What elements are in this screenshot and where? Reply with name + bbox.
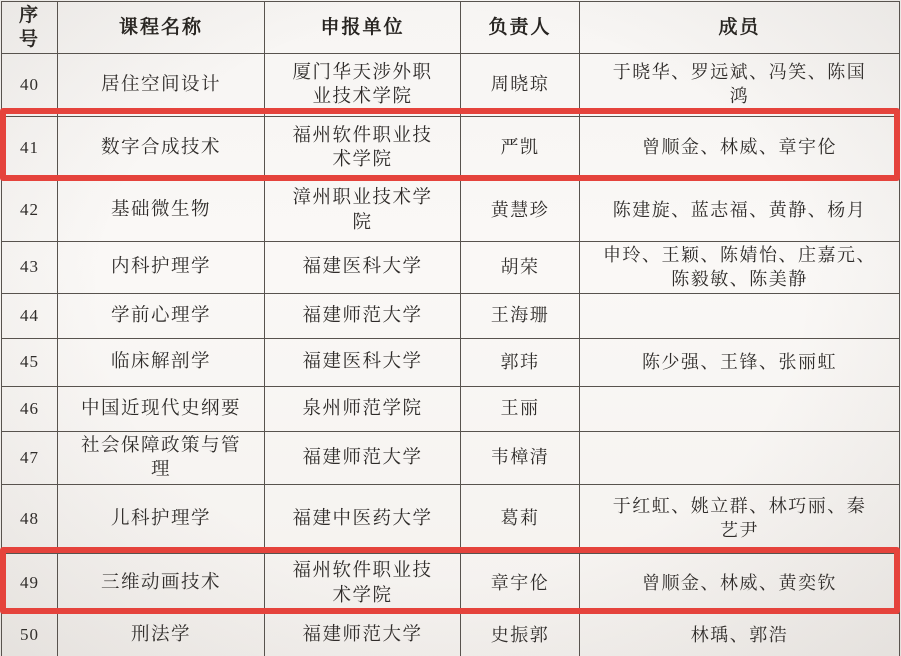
course-name-cell: 居住空间设计 xyxy=(58,54,265,117)
table-row: 48 儿科护理学 福建中医药大学 葛莉 于红虹、姚立群、林巧丽、秦 艺尹 xyxy=(2,485,900,554)
row-id-cell: 46 xyxy=(2,387,58,432)
members-cell: 于晓华、罗远斌、冯笑、陈国 鸿 xyxy=(580,54,900,117)
table-row: 50 刑法学 福建师范大学 史振郭 林瑀、郭浩 xyxy=(2,614,900,656)
applicant-unit-cell: 福建师范大学 xyxy=(265,432,461,485)
row-id-cell: 40 xyxy=(2,54,58,117)
course-name-cell: 三维动画技术 xyxy=(58,554,265,614)
members-cell xyxy=(580,387,900,432)
course-name-cell: 儿科护理学 xyxy=(58,485,265,554)
course-name-cell: 数字合成技术 xyxy=(58,117,265,180)
leader-cell: 胡荣 xyxy=(461,242,580,294)
members-cell xyxy=(580,294,900,339)
table-row: 47 社会保障政策与管 理 福建师范大学 韦樟清 xyxy=(2,432,900,485)
members-cell xyxy=(580,432,900,485)
row-id-cell: 42 xyxy=(2,180,58,242)
members-cell: 申玲、王颖、陈婧怡、庄嘉元、 陈毅敏、陈美静 xyxy=(580,242,900,294)
header-leader: 负责人 xyxy=(461,2,580,54)
course-name-cell: 学前心理学 xyxy=(58,294,265,339)
members-cell: 曾顺金、林威、章宇伦 xyxy=(580,117,900,180)
row-id-cell: 50 xyxy=(2,614,58,656)
course-table: 序 号 课程名称 申报单位 负责人 成员 40 居住空间设计 厦门华天涉外职 业… xyxy=(1,1,900,656)
applicant-unit-cell: 福建师范大学 xyxy=(265,294,461,339)
page-container: 序 号 课程名称 申报单位 负责人 成员 40 居住空间设计 厦门华天涉外职 业… xyxy=(0,0,901,656)
row-id-cell: 47 xyxy=(2,432,58,485)
applicant-unit-cell: 福州软件职业技 术学院 xyxy=(265,554,461,614)
leader-cell: 周晓琼 xyxy=(461,54,580,117)
header-applicant-unit: 申报单位 xyxy=(265,2,461,54)
applicant-unit-cell: 福建中医药大学 xyxy=(265,485,461,554)
row-id-cell: 43 xyxy=(2,242,58,294)
row-id-cell: 48 xyxy=(2,485,58,554)
leader-cell: 郭玮 xyxy=(461,339,580,387)
table-row: 42 基础微生物 漳州职业技术学 院 黄慧珍 陈建旋、蓝志福、黄静、杨月 xyxy=(2,180,900,242)
members-cell: 曾顺金、林威、黄奕钦 xyxy=(580,554,900,614)
table-row: 46 中国近现代史纲要 泉州师范学院 王丽 xyxy=(2,387,900,432)
leader-cell: 葛莉 xyxy=(461,485,580,554)
applicant-unit-cell: 漳州职业技术学 院 xyxy=(265,180,461,242)
row-id-cell: 41 xyxy=(2,117,58,180)
course-name-cell: 刑法学 xyxy=(58,614,265,656)
course-name-cell: 临床解剖学 xyxy=(58,339,265,387)
row-id-cell: 45 xyxy=(2,339,58,387)
members-cell: 陈少强、王锋、张丽虹 xyxy=(580,339,900,387)
table-header-row: 序 号 课程名称 申报单位 负责人 成员 xyxy=(2,2,900,54)
course-name-cell: 中国近现代史纲要 xyxy=(58,387,265,432)
table-row: 43 内科护理学 福建医科大学 胡荣 申玲、王颖、陈婧怡、庄嘉元、 陈毅敏、陈美… xyxy=(2,242,900,294)
header-serial-number: 序 号 xyxy=(2,2,58,54)
applicant-unit-cell: 福州软件职业技 术学院 xyxy=(265,117,461,180)
leader-cell: 黄慧珍 xyxy=(461,180,580,242)
members-cell: 于红虹、姚立群、林巧丽、秦 艺尹 xyxy=(580,485,900,554)
table-row: 40 居住空间设计 厦门华天涉外职 业技术学院 周晓琼 于晓华、罗远斌、冯笑、陈… xyxy=(2,54,900,117)
leader-cell: 章宇伦 xyxy=(461,554,580,614)
applicant-unit-cell: 泉州师范学院 xyxy=(265,387,461,432)
leader-cell: 韦樟清 xyxy=(461,432,580,485)
table-row: 44 学前心理学 福建师范大学 王海珊 xyxy=(2,294,900,339)
course-name-cell: 内科护理学 xyxy=(58,242,265,294)
leader-cell: 王丽 xyxy=(461,387,580,432)
course-name-cell: 社会保障政策与管 理 xyxy=(58,432,265,485)
applicant-unit-cell: 福建医科大学 xyxy=(265,339,461,387)
applicant-unit-cell: 福建师范大学 xyxy=(265,614,461,656)
course-name-cell: 基础微生物 xyxy=(58,180,265,242)
row-id-cell: 49 xyxy=(2,554,58,614)
header-members: 成员 xyxy=(580,2,900,54)
row-id-cell: 44 xyxy=(2,294,58,339)
leader-cell: 严凯 xyxy=(461,117,580,180)
members-cell: 林瑀、郭浩 xyxy=(580,614,900,656)
leader-cell: 王海珊 xyxy=(461,294,580,339)
applicant-unit-cell: 厦门华天涉外职 业技术学院 xyxy=(265,54,461,117)
table-row-highlighted: 41 数字合成技术 福州软件职业技 术学院 严凯 曾顺金、林威、章宇伦 xyxy=(2,117,900,180)
header-course-name: 课程名称 xyxy=(58,2,265,54)
members-cell: 陈建旋、蓝志福、黄静、杨月 xyxy=(580,180,900,242)
table-row: 45 临床解剖学 福建医科大学 郭玮 陈少强、王锋、张丽虹 xyxy=(2,339,900,387)
leader-cell: 史振郭 xyxy=(461,614,580,656)
applicant-unit-cell: 福建医科大学 xyxy=(265,242,461,294)
table-row-highlighted: 49 三维动画技术 福州软件职业技 术学院 章宇伦 曾顺金、林威、黄奕钦 xyxy=(2,554,900,614)
